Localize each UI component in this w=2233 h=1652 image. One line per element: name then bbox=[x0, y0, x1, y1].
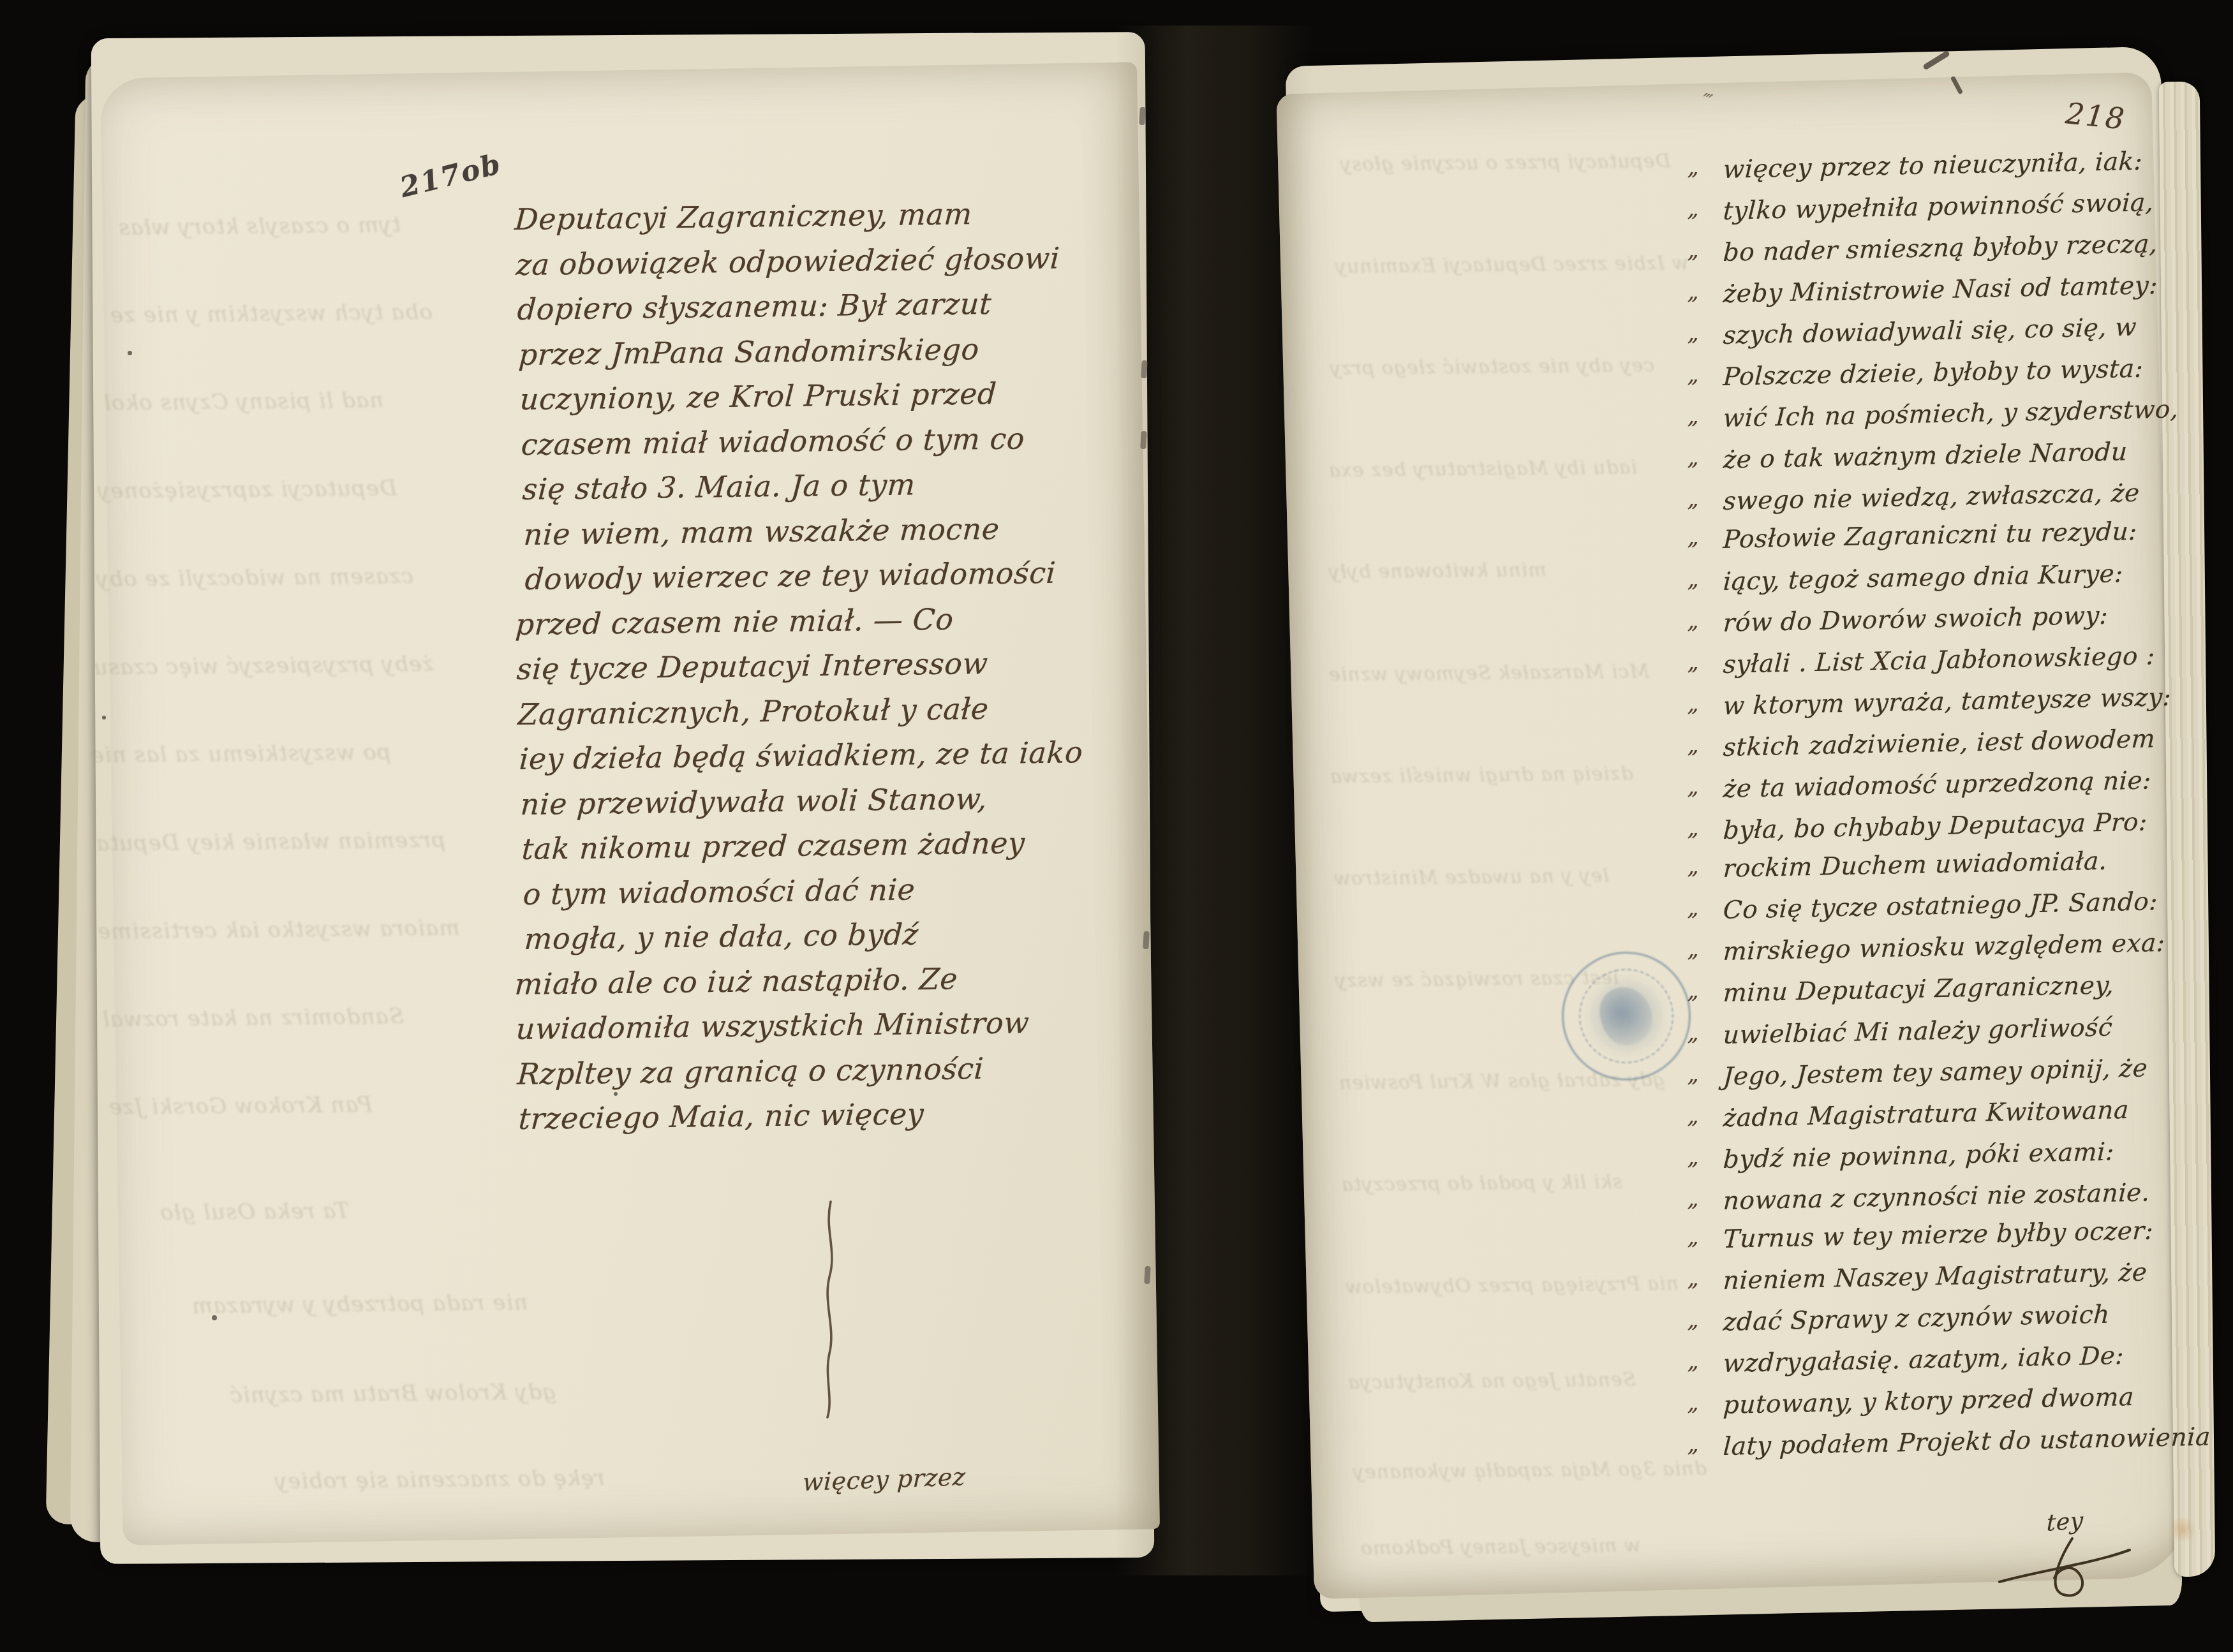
manuscript-line: uczyniony, ze Krol Pruski przed bbox=[519, 376, 997, 417]
quote-mark: „ bbox=[1687, 1019, 1724, 1045]
manuscript-line: czasem miał wiadomość o tym co bbox=[520, 421, 1025, 462]
manuscript-line: Deputacyi Zagraniczney, mam bbox=[514, 196, 973, 237]
stitching-thread bbox=[1140, 431, 1146, 449]
catchword: tey bbox=[2046, 1508, 2084, 1537]
foxing-spot bbox=[212, 1315, 217, 1320]
manuscript-scan: tym o czasyls ktory własoba tych wszystk… bbox=[0, 0, 2233, 1652]
stitching-thread bbox=[1139, 107, 1145, 125]
foxing-spot bbox=[128, 351, 132, 355]
quote-mark: „ bbox=[1687, 1103, 1724, 1129]
quote-mark: „ bbox=[1687, 978, 1724, 1004]
quote-mark: „ bbox=[1687, 649, 1724, 675]
quote-mark: „ bbox=[1687, 691, 1724, 717]
manuscript-line: przez JmPana Sandomirskiego bbox=[517, 332, 980, 372]
manuscript-line: dowody wierzec ze tey wiadomości bbox=[524, 556, 1057, 596]
quote-mark: „ bbox=[1687, 1390, 1724, 1416]
manuscript-line: trzeciego Maia, nic więcey bbox=[517, 1096, 924, 1136]
quote-mark: „ bbox=[1687, 445, 1724, 471]
quote-mark: „ bbox=[1687, 1265, 1724, 1292]
manuscript-line: iey dzieła będą świadkiem, ze ta iako bbox=[518, 735, 1083, 776]
quote-mark: „ bbox=[1687, 524, 1724, 550]
quote-brace-line bbox=[822, 1200, 843, 1420]
manuscript-line: nie przewidywała woli Stanow, bbox=[519, 781, 988, 822]
quote-mark: „ bbox=[1687, 1061, 1724, 1087]
quote-mark: „ bbox=[1687, 486, 1724, 512]
quote-mark: „ bbox=[1687, 403, 1724, 429]
stitching-thread bbox=[1141, 360, 1147, 378]
foxing-spot bbox=[614, 1092, 618, 1096]
stitching-thread bbox=[1144, 1266, 1150, 1284]
quote-mark: „ bbox=[1687, 1224, 1724, 1250]
manuscript-line: się tycze Deputacyi Interessow bbox=[516, 646, 989, 686]
quote-mark: „ bbox=[1687, 279, 1724, 305]
quote-mark: „ bbox=[1687, 1144, 1724, 1170]
paper-stain bbox=[2168, 1517, 2197, 1542]
quote-mark: „ bbox=[1687, 154, 1724, 180]
manuscript-line: Zagranicznych, Protokuł y całe bbox=[517, 691, 990, 731]
manuscript-line: mogła, y nie dała, co bydź bbox=[523, 917, 919, 956]
quote-mark: „ bbox=[1687, 237, 1724, 263]
quote-mark: „ bbox=[1687, 936, 1724, 962]
manuscript-line: za obowiązek odpowiedzieć głosowi bbox=[515, 240, 1060, 281]
catchword-flourish bbox=[1996, 1536, 2142, 1606]
quote-mark: „ bbox=[1687, 1431, 1724, 1457]
manuscript-line: nie wiem, mam wszakże mocne bbox=[523, 511, 1000, 551]
catchword: więcey przez bbox=[802, 1463, 966, 1496]
manuscript-line: dopiero słyszanemu: Był zarzut bbox=[516, 286, 992, 327]
quote-mark: „ bbox=[1687, 815, 1724, 841]
manuscript-line: się stało 3. Maia. Ja o tym bbox=[521, 467, 916, 506]
quote-mark: „ bbox=[1687, 895, 1724, 921]
manuscript-line: o tym wiadomości dać nie bbox=[522, 872, 916, 911]
stitching-thread bbox=[1143, 931, 1149, 949]
quote-mark: „ bbox=[1687, 853, 1724, 880]
quote-mark: „ bbox=[1687, 566, 1724, 592]
manuscript-line: uwiadomiła wszystkich Ministrow bbox=[515, 1005, 1030, 1046]
manuscript-line: miało ale co iuż nastąpiło. Ze bbox=[514, 961, 958, 1001]
quote-mark: „ bbox=[1687, 1307, 1724, 1333]
foxing-spot bbox=[102, 716, 106, 719]
quote-mark: „ bbox=[1687, 196, 1724, 222]
quote-mark: „ bbox=[1687, 607, 1724, 633]
manuscript-line: Rzpltey za granicą o czynności bbox=[516, 1051, 984, 1091]
quote-mark: „ bbox=[1687, 362, 1724, 388]
manuscript-line: tak nikomu przed czasem żadney bbox=[521, 825, 1026, 866]
quote-mark: „ bbox=[1687, 732, 1724, 758]
quote-mark: „ bbox=[1687, 320, 1724, 346]
quote-mark: „ bbox=[1687, 774, 1724, 800]
quote-mark: „ bbox=[1687, 1348, 1724, 1375]
page-number: 218 bbox=[2064, 96, 2127, 136]
manuscript-line: przed czasem nie miał. — Co bbox=[514, 601, 954, 641]
quote-mark: „ bbox=[1687, 1186, 1724, 1212]
